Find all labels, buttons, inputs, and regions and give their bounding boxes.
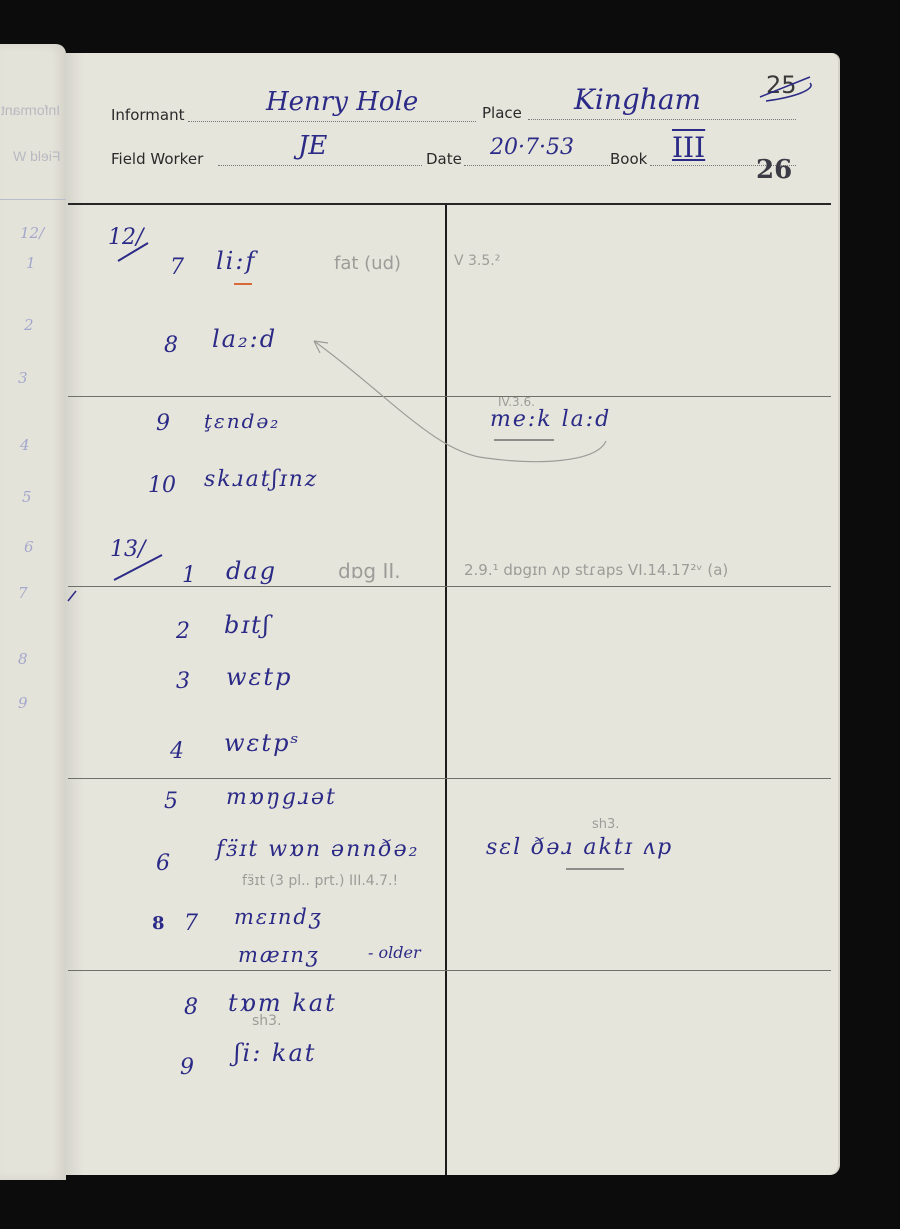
informant-line: [188, 121, 476, 122]
place-value: Kingham: [574, 83, 701, 116]
entry-transcription: ţɛndə₂: [204, 409, 280, 433]
entry-transcription: ʃi: kat: [234, 1039, 316, 1067]
ghost-number: 4: [20, 436, 30, 454]
ghost-number: 8: [18, 650, 28, 668]
reference-note: sh3.: [252, 1013, 282, 1029]
entry-number: 6: [156, 851, 170, 876]
entry-transcription: li:f: [216, 247, 256, 275]
entry-number: 9: [156, 411, 170, 436]
place-label: Place: [482, 104, 522, 122]
date-value: 20·7·53: [490, 135, 574, 160]
section-marker: 12/: [108, 225, 143, 250]
pencil-underline: [494, 439, 554, 441]
notebook-page: Informant Henry Hole Place Kingham 25 Fi…: [66, 53, 838, 1175]
pencil-underline: [566, 868, 624, 870]
section-marker: 13/: [110, 537, 145, 562]
ghost-field-worker-label: Field W: [13, 148, 60, 164]
left-page-edge: Informant Field W 12/ 1 2 3 4 5 6 7 8 9: [0, 44, 66, 1180]
pencil-note: fɜ̈ɪt (3 pl.. prt.) III.4.7.!: [242, 873, 398, 889]
entry-number: 7: [170, 255, 184, 280]
ghost-informant-label: Informant: [1, 102, 60, 118]
entry-number: 10: [148, 473, 176, 498]
column-divider: [445, 205, 447, 1175]
informant-label: Informant: [111, 106, 184, 124]
field-worker-value: JE: [298, 131, 327, 161]
row-divider: [68, 970, 831, 971]
date-line: [464, 165, 610, 166]
entry-transcription: mɛɪndʒ: [234, 905, 323, 929]
alt-note: - older: [368, 943, 421, 962]
informant-value: Henry Hole: [266, 87, 418, 117]
place-line: [528, 119, 796, 120]
ghost-number: 1: [26, 254, 36, 272]
entry-transcription: fɜ̈ɪt wɒn ənnðə₂: [216, 837, 420, 862]
ghost-number: 5: [22, 488, 32, 506]
page-number-stamp: 26: [756, 155, 792, 185]
ghost-number: 3: [18, 369, 28, 387]
date-label: Date: [426, 150, 462, 168]
entry-transcription: tɒm kat: [228, 989, 337, 1017]
alt-transcription: mæɪnʒ: [238, 943, 320, 967]
book-value: III: [672, 131, 705, 164]
reference-note: V 3.5.²: [454, 253, 500, 269]
entry-transcription: skɹatʃɪnz: [204, 467, 318, 492]
related-phrase-pencil: 2.9.¹ dɒgɪn ʌp stɾaps VI.14.17²ᵛ (a): [464, 561, 728, 579]
entry-number: 5: [164, 789, 178, 814]
entry-transcription: bɪtʃ: [224, 611, 271, 639]
ghost-section: 12/: [20, 224, 44, 242]
related-phrase: me:k la:d: [490, 407, 611, 432]
entry-number: 9: [180, 1055, 194, 1080]
related-phrase: sɛl ðəɹ aktɪ ʌp: [486, 835, 673, 860]
pencil-note: dɒg II.: [338, 559, 401, 583]
entry-number: 8: [184, 995, 198, 1020]
entry-transcription: wɛtp: [226, 663, 292, 691]
entry-transcription: dag: [226, 557, 277, 585]
field-worker-line: [218, 165, 422, 166]
entry-transcription: mɒŋgɹət: [226, 785, 337, 810]
ghost-number: 7: [18, 584, 28, 602]
old-page-number: 25: [766, 71, 797, 99]
field-worker-label: Field Worker: [111, 150, 203, 168]
row-divider: [68, 396, 831, 397]
reference-note: sh3.: [592, 817, 619, 832]
entry-number: 2: [176, 619, 190, 644]
entry-number: 3: [176, 669, 190, 694]
entry-number: 4: [170, 739, 184, 764]
ghost-number: 9: [18, 694, 28, 712]
entry-transcription: wɛtpˢ: [224, 729, 301, 757]
pencil-note: fat (ud): [334, 253, 401, 274]
struck-entry-number: 8: [152, 913, 165, 934]
entry-number: 1: [182, 563, 196, 588]
ghost-number: 6: [24, 538, 34, 556]
header-divider: [68, 203, 831, 205]
book-label: Book: [610, 150, 647, 168]
entry-transcription: la₂:d: [212, 325, 277, 353]
row-divider: [68, 778, 831, 779]
red-underline-mark: [234, 283, 252, 285]
entry-number: 7: [184, 911, 198, 936]
ghost-number: 2: [24, 316, 34, 334]
entry-number: 8: [164, 333, 178, 358]
link-arrow: [314, 341, 606, 462]
annotation-strokes: [66, 53, 838, 1175]
